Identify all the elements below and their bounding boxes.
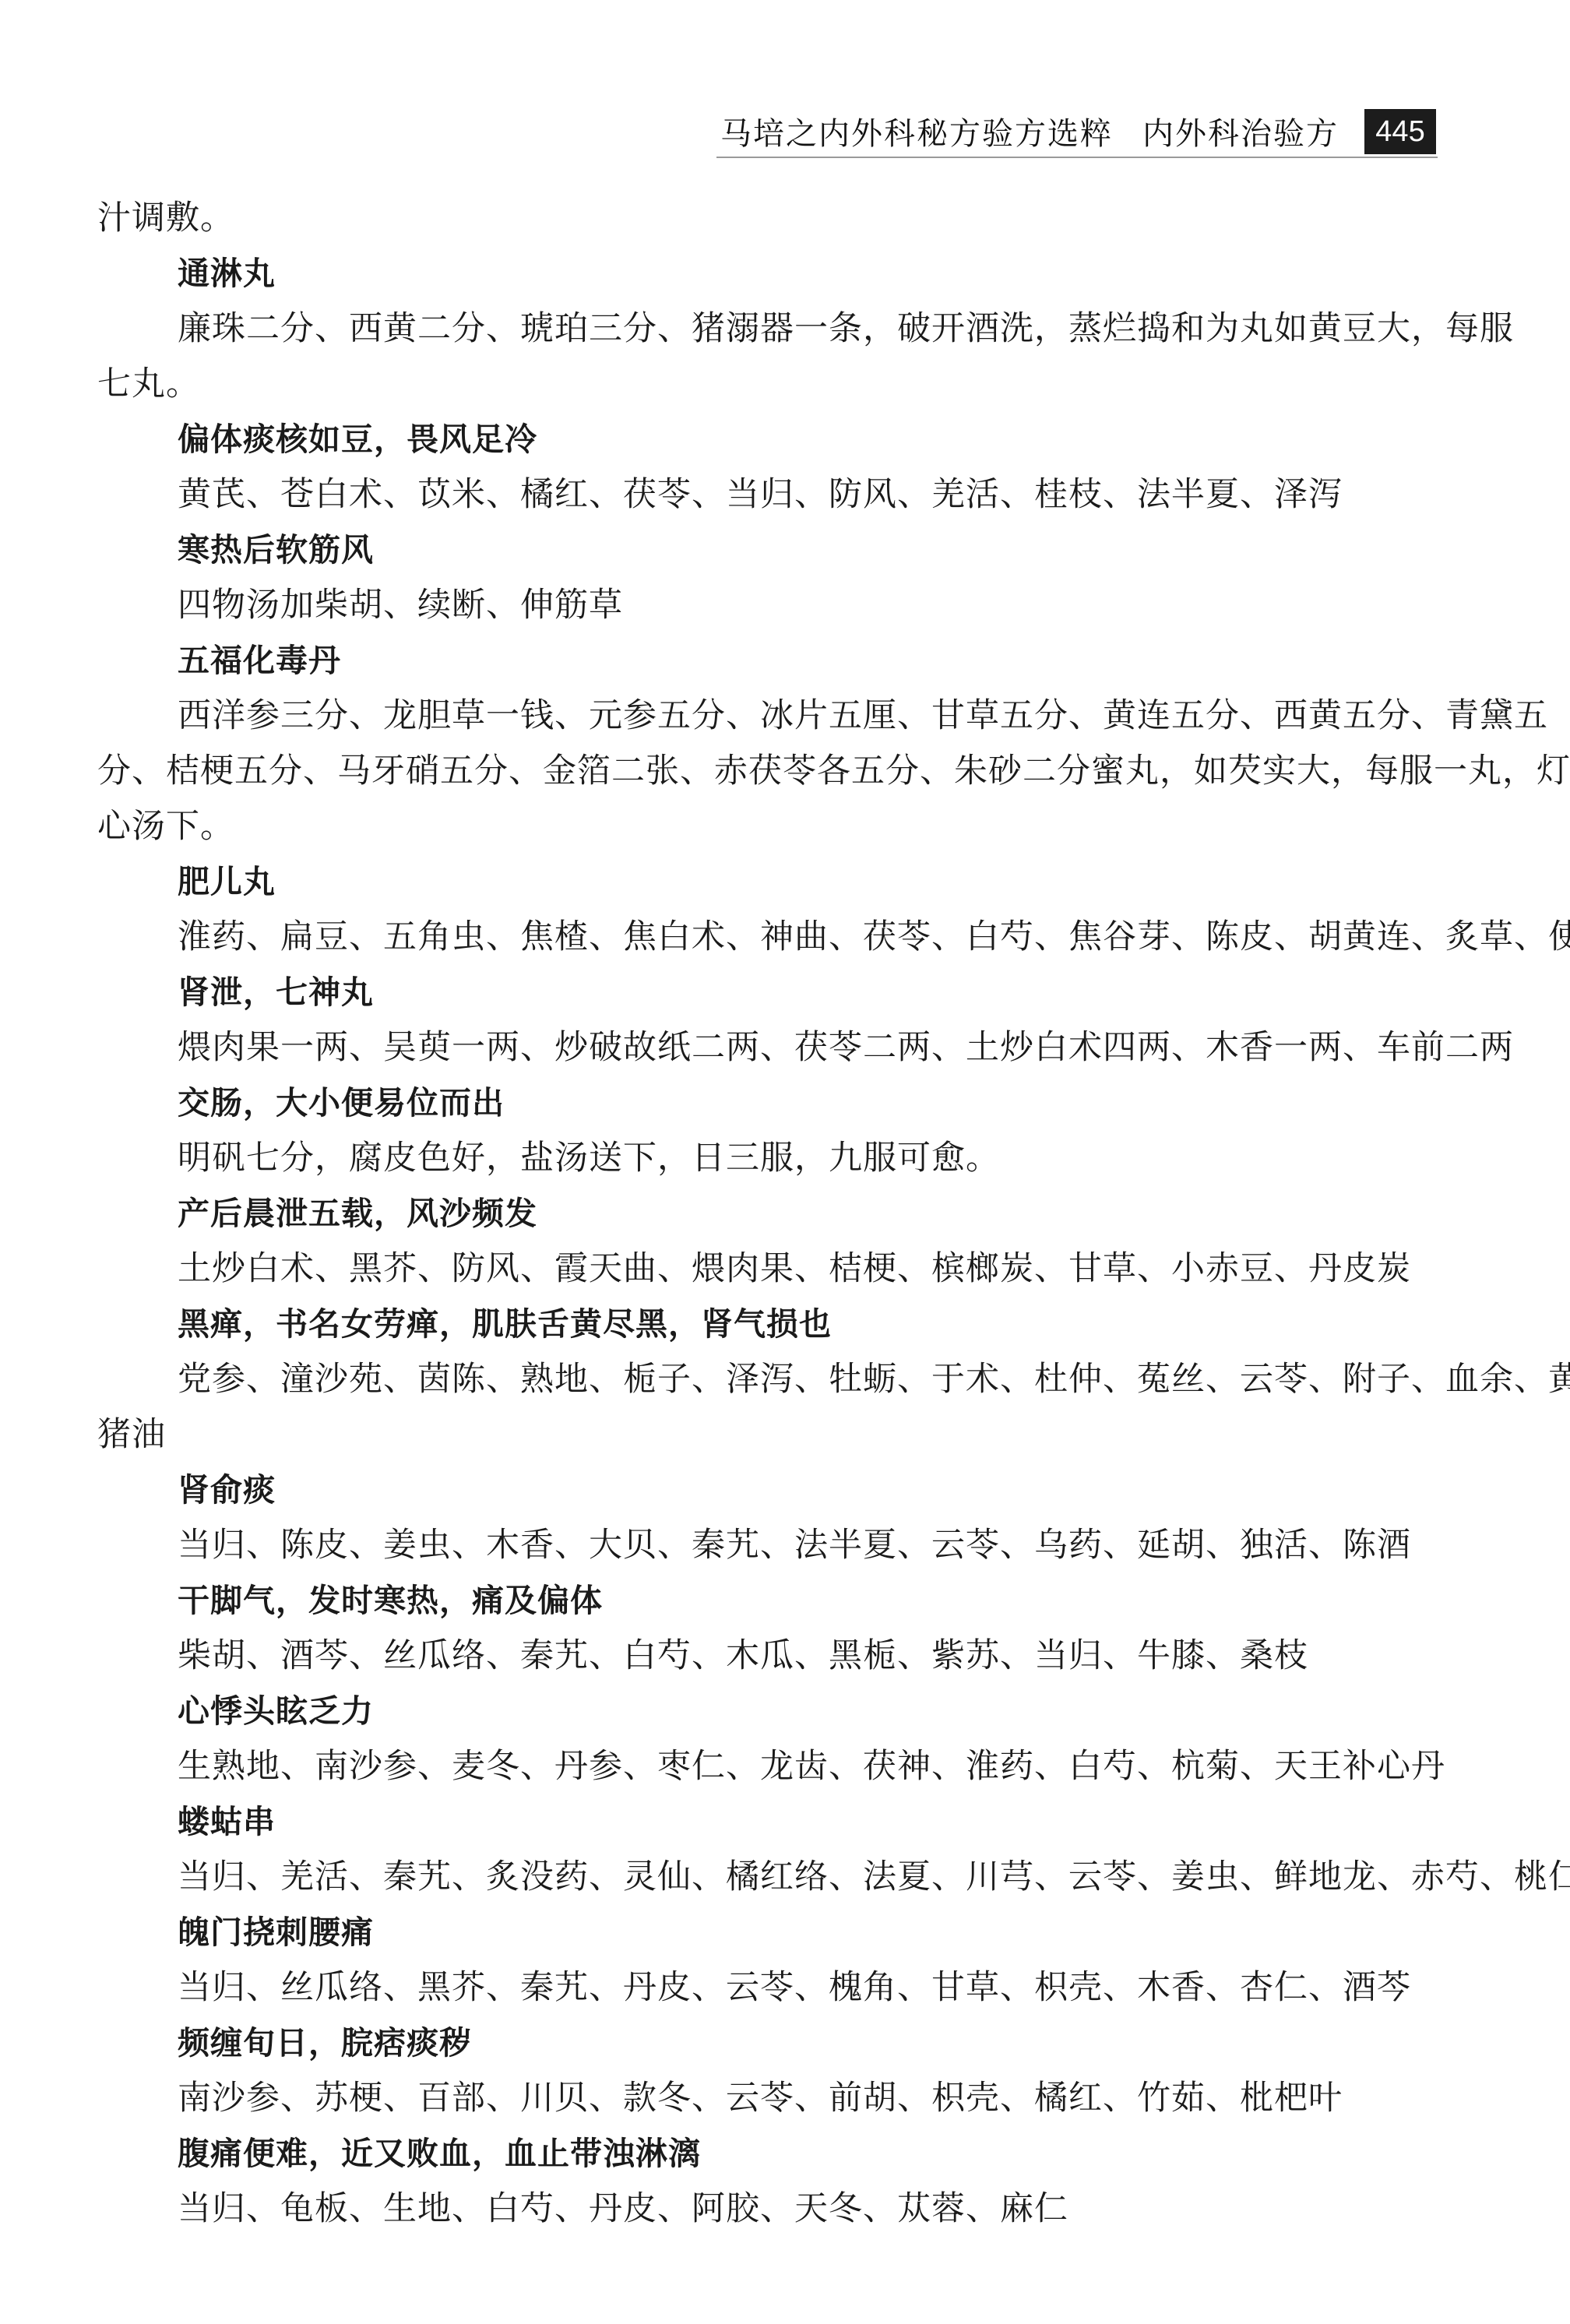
entry-text: 土炒白术、黑芥、防风、霞天曲、煨肉果、桔梗、槟榔炭、甘草、小赤豆、丹皮炭 xyxy=(178,1247,1411,1291)
entry-text: 七丸。 xyxy=(97,362,200,406)
book-title: 马培之内外科秘方验方选粹 xyxy=(720,116,1113,152)
entry-title: 心悸头眩乏力 xyxy=(178,1689,374,1733)
entry-text: 西洋参三分、龙胆草一钱、元参五分、冰片五厘、甘草五分、黄连五分、西黄五分、青黛五 xyxy=(178,694,1548,738)
entry-text: 当归、龟板、生地、白芍、丹皮、阿胶、天冬、苁蓉、麻仁 xyxy=(178,2187,1068,2231)
entry-text: 当归、陈皮、姜虫、木香、大贝、秦艽、法半夏、云苓、乌药、延胡、独活、陈酒 xyxy=(178,1523,1411,1567)
entry-title: 肾俞痰 xyxy=(178,1468,276,1512)
entry-title: 频缠旬日，脘痞痰秽 xyxy=(178,2021,472,2065)
entry-title: 交肠，大小便易位而出 xyxy=(178,1081,505,1125)
entry-title: 蝼蛄串 xyxy=(178,1800,276,1843)
entry-title: 五福化毒丹 xyxy=(178,639,341,682)
entry-text: 四物汤加柴胡、续断、伸筋草 xyxy=(178,583,623,627)
entry-text: 当归、羌活、秦艽、炙没药、灵仙、橘红络、法夏、川芎、云苓、姜虫、鲜地龙、赤芍、桃… xyxy=(178,1855,1570,1899)
entry-title: 通淋丸 xyxy=(178,252,276,295)
entry-title: 腹痛便难，近又败血，血止带浊淋漓 xyxy=(178,2132,701,2175)
entry-text: 明矾七分，腐皮色好，盐汤送下，日三服，九服可愈。 xyxy=(178,1136,1000,1180)
entry-title: 肥儿丸 xyxy=(178,860,276,903)
entry-text: 黄芪、苍白术、苡米、橘红、茯苓、当归、防风、羌活、桂枝、法半夏、泽泻 xyxy=(178,473,1343,516)
entry-title: 黑瘅，书名女劳瘅，肌肤舌黄尽黑，肾气损也 xyxy=(178,1302,832,1346)
entry-text: 生熟地、南沙参、麦冬、丹参、枣仁、龙齿、茯神、淮药、白芍、杭菊、天王补心丹 xyxy=(178,1745,1445,1788)
entry-title: 产后晨泄五载，风沙频发 xyxy=(178,1192,537,1235)
entry-text: 分、桔梗五分、马牙硝五分、金箔二张、赤茯苓各五分、朱砂二分蜜丸，如芡实大，每服一… xyxy=(97,749,1570,793)
entry-text: 心汤下。 xyxy=(97,805,234,848)
entry-text: 当归、丝瓜络、黑芥、秦艽、丹皮、云苓、槐角、甘草、枳壳、木香、杏仁、酒芩 xyxy=(178,1966,1411,2009)
entry-text: 煨肉果一两、吴萸一两、炒破故纸二两、茯苓二两、土炒白术四两、木香一两、车前二两 xyxy=(178,1026,1514,1069)
entry-text: 党参、潼沙苑、茵陈、熟地、栀子、泽泻、牡蛎、于术、杜仲、菟丝、云苓、附子、血余、… xyxy=(178,1357,1570,1401)
header-divider xyxy=(716,157,1438,158)
entry-title: 干脚气，发时寒热，痛及偏体 xyxy=(178,1579,603,1622)
entry-title: 肾泄，七神丸 xyxy=(178,970,374,1014)
entry-text: 南沙参、苏梗、百部、川贝、款冬、云苓、前胡、枳壳、橘红、竹茹、枇杷叶 xyxy=(178,2076,1343,2120)
entry-text: 廉珠二分、西黄二分、琥珀三分、猪溺器一条，破开酒洗，蒸烂捣和为丸如黄豆大，每服 xyxy=(178,307,1514,350)
entry-title: 偏体痰核如豆，畏风足冷 xyxy=(178,417,537,461)
continuation-line: 汁调敷。 xyxy=(97,196,234,240)
entry-title: 寒热后软筋风 xyxy=(178,528,374,572)
entry-text: 猪油 xyxy=(97,1413,166,1456)
section-title: 内外科治验方 xyxy=(1142,116,1339,152)
running-head: 马培之内外科秘方验方选粹内外科治验方 xyxy=(720,109,1339,153)
page-number-badge: 445 xyxy=(1364,109,1436,154)
entry-text: 柴胡、酒芩、丝瓜络、秦艽、白芍、木瓜、黑栀、紫苏、当归、牛膝、桑枝 xyxy=(178,1634,1308,1678)
entry-title: 魄门挠刺腰痛 xyxy=(178,1910,374,1954)
entry-text: 淮药、扁豆、五角虫、焦楂、焦白术、神曲、茯苓、白芍、焦谷芽、陈皮、胡黄连、炙草、… xyxy=(178,915,1570,959)
